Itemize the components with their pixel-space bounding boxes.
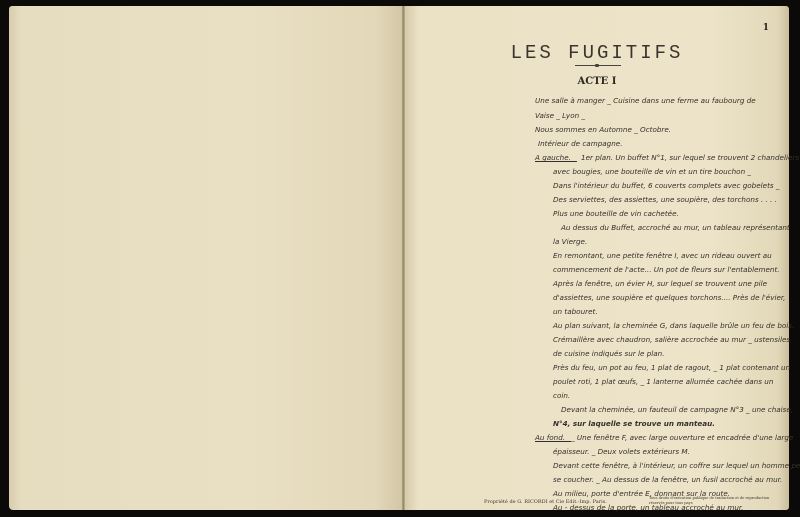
text-line: En remontant, une petite fenêtre I, avec… [553,251,772,260]
text-line: Nous sommes en Automne _ Octobre. [535,125,671,134]
text-line: poulet roti, 1 plat œufs, _ 1 lanterne a… [553,377,773,386]
right-page: 1 LES FUGITIFS ACTE I Une salle à manger… [405,6,789,510]
text-line: Près du feu, un pot au feu, 1 plat de ra… [553,363,790,372]
text-line: 1er plan. Un buffet N°1, sur lequel se t… [581,153,799,162]
text-line: Plus une bouteille de vin cachetée. [553,209,679,218]
text-line: Au dessus du Buffet, accroché au mur, un… [561,223,790,232]
text-line: Intérieur de campagne. [538,139,623,148]
text-line: Au plan suivant, la cheminée G, dans laq… [553,321,794,330]
page-number: 1 [763,23,769,33]
text-line: _ Une fenêtre F, avec large ouverture et… [571,433,793,442]
text-line: Après la fenêtre, un évier H, sur lequel… [553,279,767,288]
text-line: N°4, sur laquelle se trouve un manteau. [553,419,715,428]
text-line: la Vierge. [553,237,587,246]
text-line: Devant cette fenêtre, à l'intérieur, un … [553,461,800,470]
text-line: Devant la cheminée, un fauteuil de campa… [561,405,793,414]
text-line: coin. [553,391,570,400]
rights-notice: Tous droits d'exécution publique de trad… [649,496,779,506]
text-line: Vaise _ Lyon _ [535,111,585,120]
text-line: de cuisine indiqués sur le plan. [553,349,665,358]
text-line: Des serviettes, des assiettes, une soupi… [553,195,777,204]
text-line: un tabouret. [553,307,598,316]
text-line: d'assiettes, une soupière et quelques to… [553,293,785,302]
play-title: LES FUGITIFS [405,42,789,64]
text-line: épaisseur. _ Deux volets extérieurs M. [553,447,690,456]
publisher-footer: Propriété de G. RICORDI et Cie Edit.-Imp… [484,499,607,505]
text-line: commencement de l'acte... Un pot de fleu… [553,265,780,274]
left-page-blank [9,6,407,510]
title-divider [575,65,621,66]
margin-label-a-gauche: A gauche. _ [535,153,577,162]
text-line: avec bougies, une bouteille de vin et un… [553,167,751,176]
margin-label-au-fond: Au fond. _ [535,433,571,442]
book-spread: 1 LES FUGITIFS ACTE I Une salle à manger… [0,0,800,517]
text-line: se coucher. _ Au dessus de la fenêtre, u… [553,475,782,484]
text-line: Crémaillère avec chaudron, salière accro… [553,335,790,344]
text-line: Dans l'intérieur du buffet, 6 couverts c… [553,181,780,190]
text-line: Une salle à manger _ Cuisine dans une fe… [535,96,756,105]
act-heading: ACTE I [405,76,789,87]
